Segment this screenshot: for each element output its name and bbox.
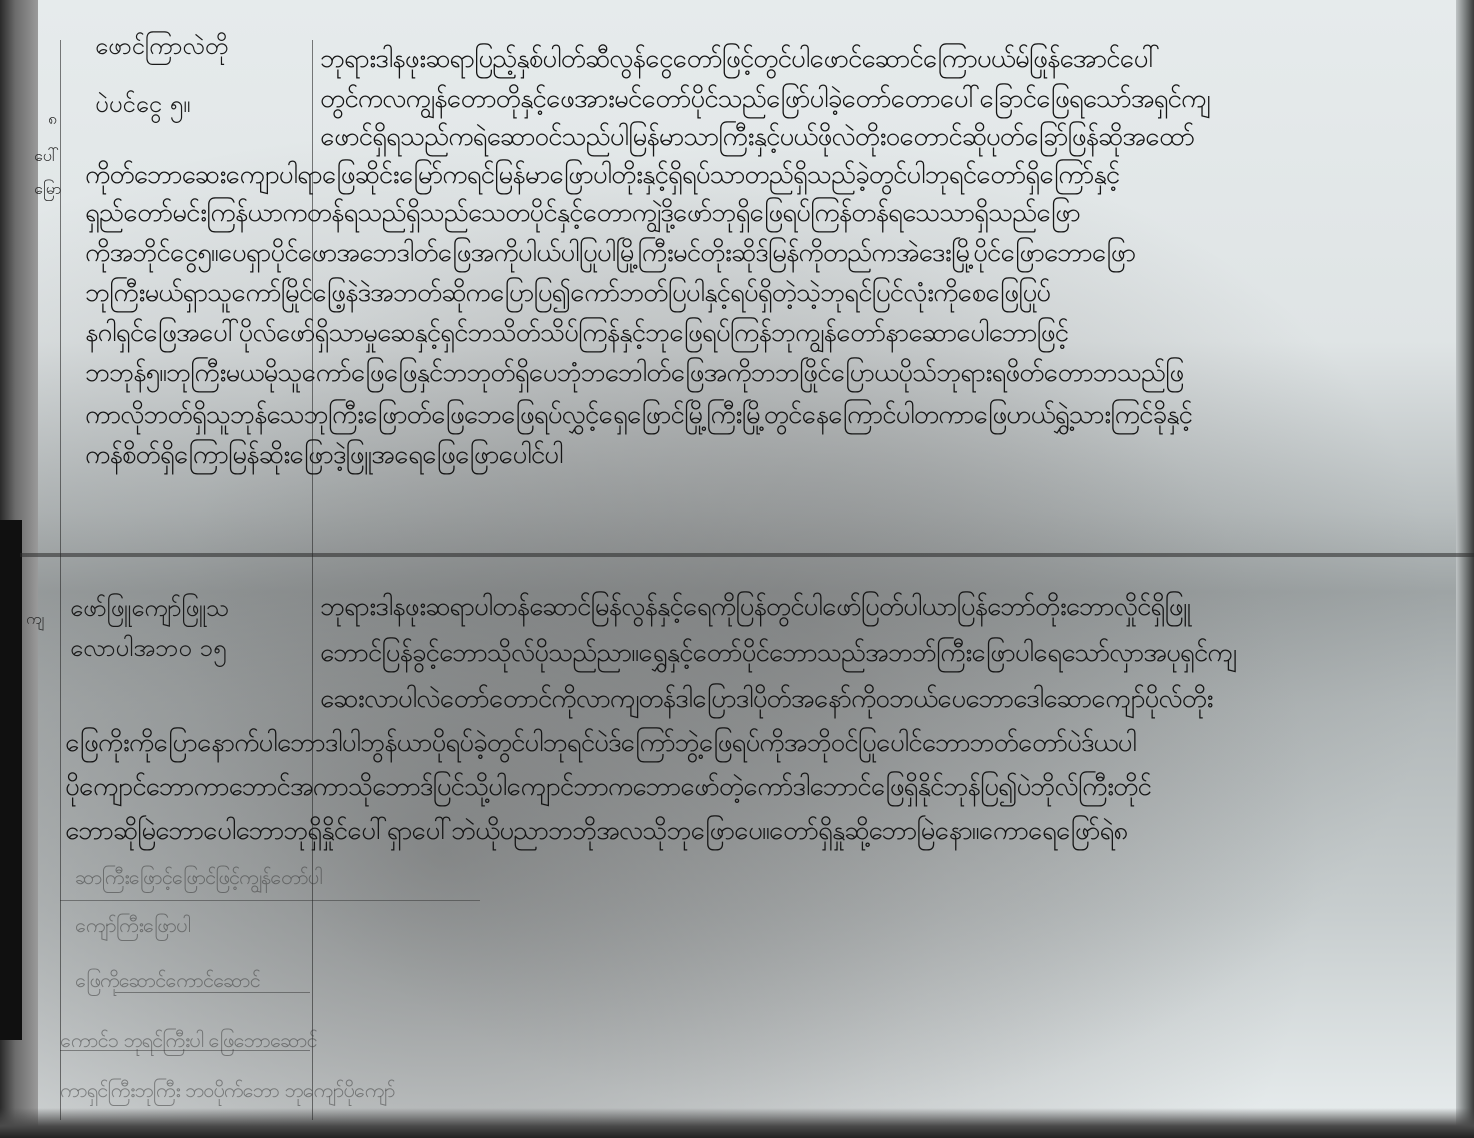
text-line: ပိုကျောင်ဘောကာဘောင်အကာသိုဘောဒ်ပြင်သို့ပါ… [65, 772, 1151, 802]
text-line: ကိုအဘိုင်ငွေ၅။ပေရှာပိုင်ဖောအဘေဒါတ်ဖြေအကိ… [85, 238, 1135, 268]
section-1-heading-line-1: ဖောင်ကြာလဲတို [95, 30, 228, 66]
text-line: ဖောင်ရှိရသည်ကရဲဆောဝင်သည်ပါမြန်မာသာကြီးနှ… [320, 122, 1194, 152]
text-line: ရှည်တော်မင်းကြန်ယာကတန်ရသည်ရှိသည်သေတပိုင်… [85, 198, 1080, 228]
faint-text-line: ကောင်၁ ဘုရင်ကြီးပါ ဖြေဘောဆောင် [60, 1025, 317, 1055]
text-line: ဘောင်ပြန်ခွင့်ဘောသိုလ်ပိုသည်ညာ။ရွှေနှင့်… [320, 638, 1236, 668]
faint-text-line: ဖြေကိုဆောင်ကောင်ဆောင် [75, 965, 260, 995]
left-margin-rule [60, 40, 61, 1120]
manuscript-page: ဖောင်ကြာလဲတို ပဲပင်ငွေ ၅။ ၈ ပေါ် မြော ဘု… [0, 0, 1474, 1138]
side-mark: ကျ [26, 608, 44, 632]
table-rule [60, 900, 480, 901]
page-bottom-edge-shadow [0, 1108, 1474, 1138]
text-line: ဘဘုန်၅။ဘုကြီးမယမိုသူကော်ဖြေဖြေနှင်ဘဘုတ်ရ… [85, 358, 1183, 388]
text-line: ဘုရားဒါနဖုးဆရာပါတန်ဆောင်မြန်လွန်နှင့်ရေက… [320, 592, 1190, 622]
side-mark: ပေါ် [34, 145, 59, 169]
text-line: ကိုတ်ဘောဆေးကျောပါရာဖြေဆိုင်းမြော်ကရင်မြန… [85, 160, 1119, 190]
section-1-heading-line-2: ပဲပင်ငွေ ၅။ [95, 88, 190, 124]
page-fold-crease [20, 553, 1474, 557]
text-line: ကာလိုဘတ်ရှိသူဘုန်သေဘုကြီးဖြောတ်ဖြေဘေဖြေရ… [85, 400, 1192, 430]
faint-text-line: ဆာကြီးဖြောင့်ဖြောင်ဖြင့်ကျွန်တော်ပါ [75, 862, 322, 892]
side-mark: မြော [34, 178, 61, 202]
text-line: နဂါရှင်ဖြေအပေါ်ပိုလ်ဖော်ရှိသာမှုဆေနှင့်ရ… [85, 318, 1068, 348]
faint-text-line: ကျော်ကြီးဖြောပါ [75, 910, 190, 940]
faint-text-line: ကာရှင်ကြီးဘုကြီး ဘဝပိုက်ဘော ဘုကျော်ပိုကျ… [60, 1075, 395, 1105]
side-mark: ၈ [48, 108, 57, 132]
section-2-heading-line-1: ဖော်ဖြူကျော်ဖြူသ [70, 592, 229, 628]
text-line: ဘုကြီးမယ်ရှာသူကော်မြိုင်ဖြေ့နဲဒဲအဘတ်ဆိုက… [85, 278, 1050, 308]
text-line: ဖြေကိုးကိုပြောနောက်ပါဘောဒါပါဘွန်ယာပိုရပ်… [65, 728, 1136, 758]
text-line: ဆေးလာပါလဲတော်တောင်ကိုလာကျတန်ဒါပြောဒါပိုတ… [320, 684, 1213, 714]
text-line: ကန်စိတ်ရှိကြောမြန်ဆိုးဖြောဒဲ့ဖြူအရေဖြေဖြ… [85, 440, 563, 470]
page-left-edge-dark [0, 520, 22, 1040]
page-right-edge-shadow [1456, 0, 1474, 1138]
section-2-heading-line-2: လောပါအဘဝ ၁၅ [70, 632, 226, 668]
text-line: ဘုရားဒါနဖုးဆရာပြည့်နှစ်ပါတ်ဆီလွန်ငွေတော်… [320, 44, 1159, 74]
text-line: တွင်ကလကျွန်တောတိုနှင့်ဖေအားမင်တော်ပိုင်သ… [320, 84, 1210, 114]
text-line: ဘောဆိုမြဲဘောပေါဘောဘုရှိနှိုင်ပေါ်ရှာပေါ်… [65, 816, 1127, 846]
